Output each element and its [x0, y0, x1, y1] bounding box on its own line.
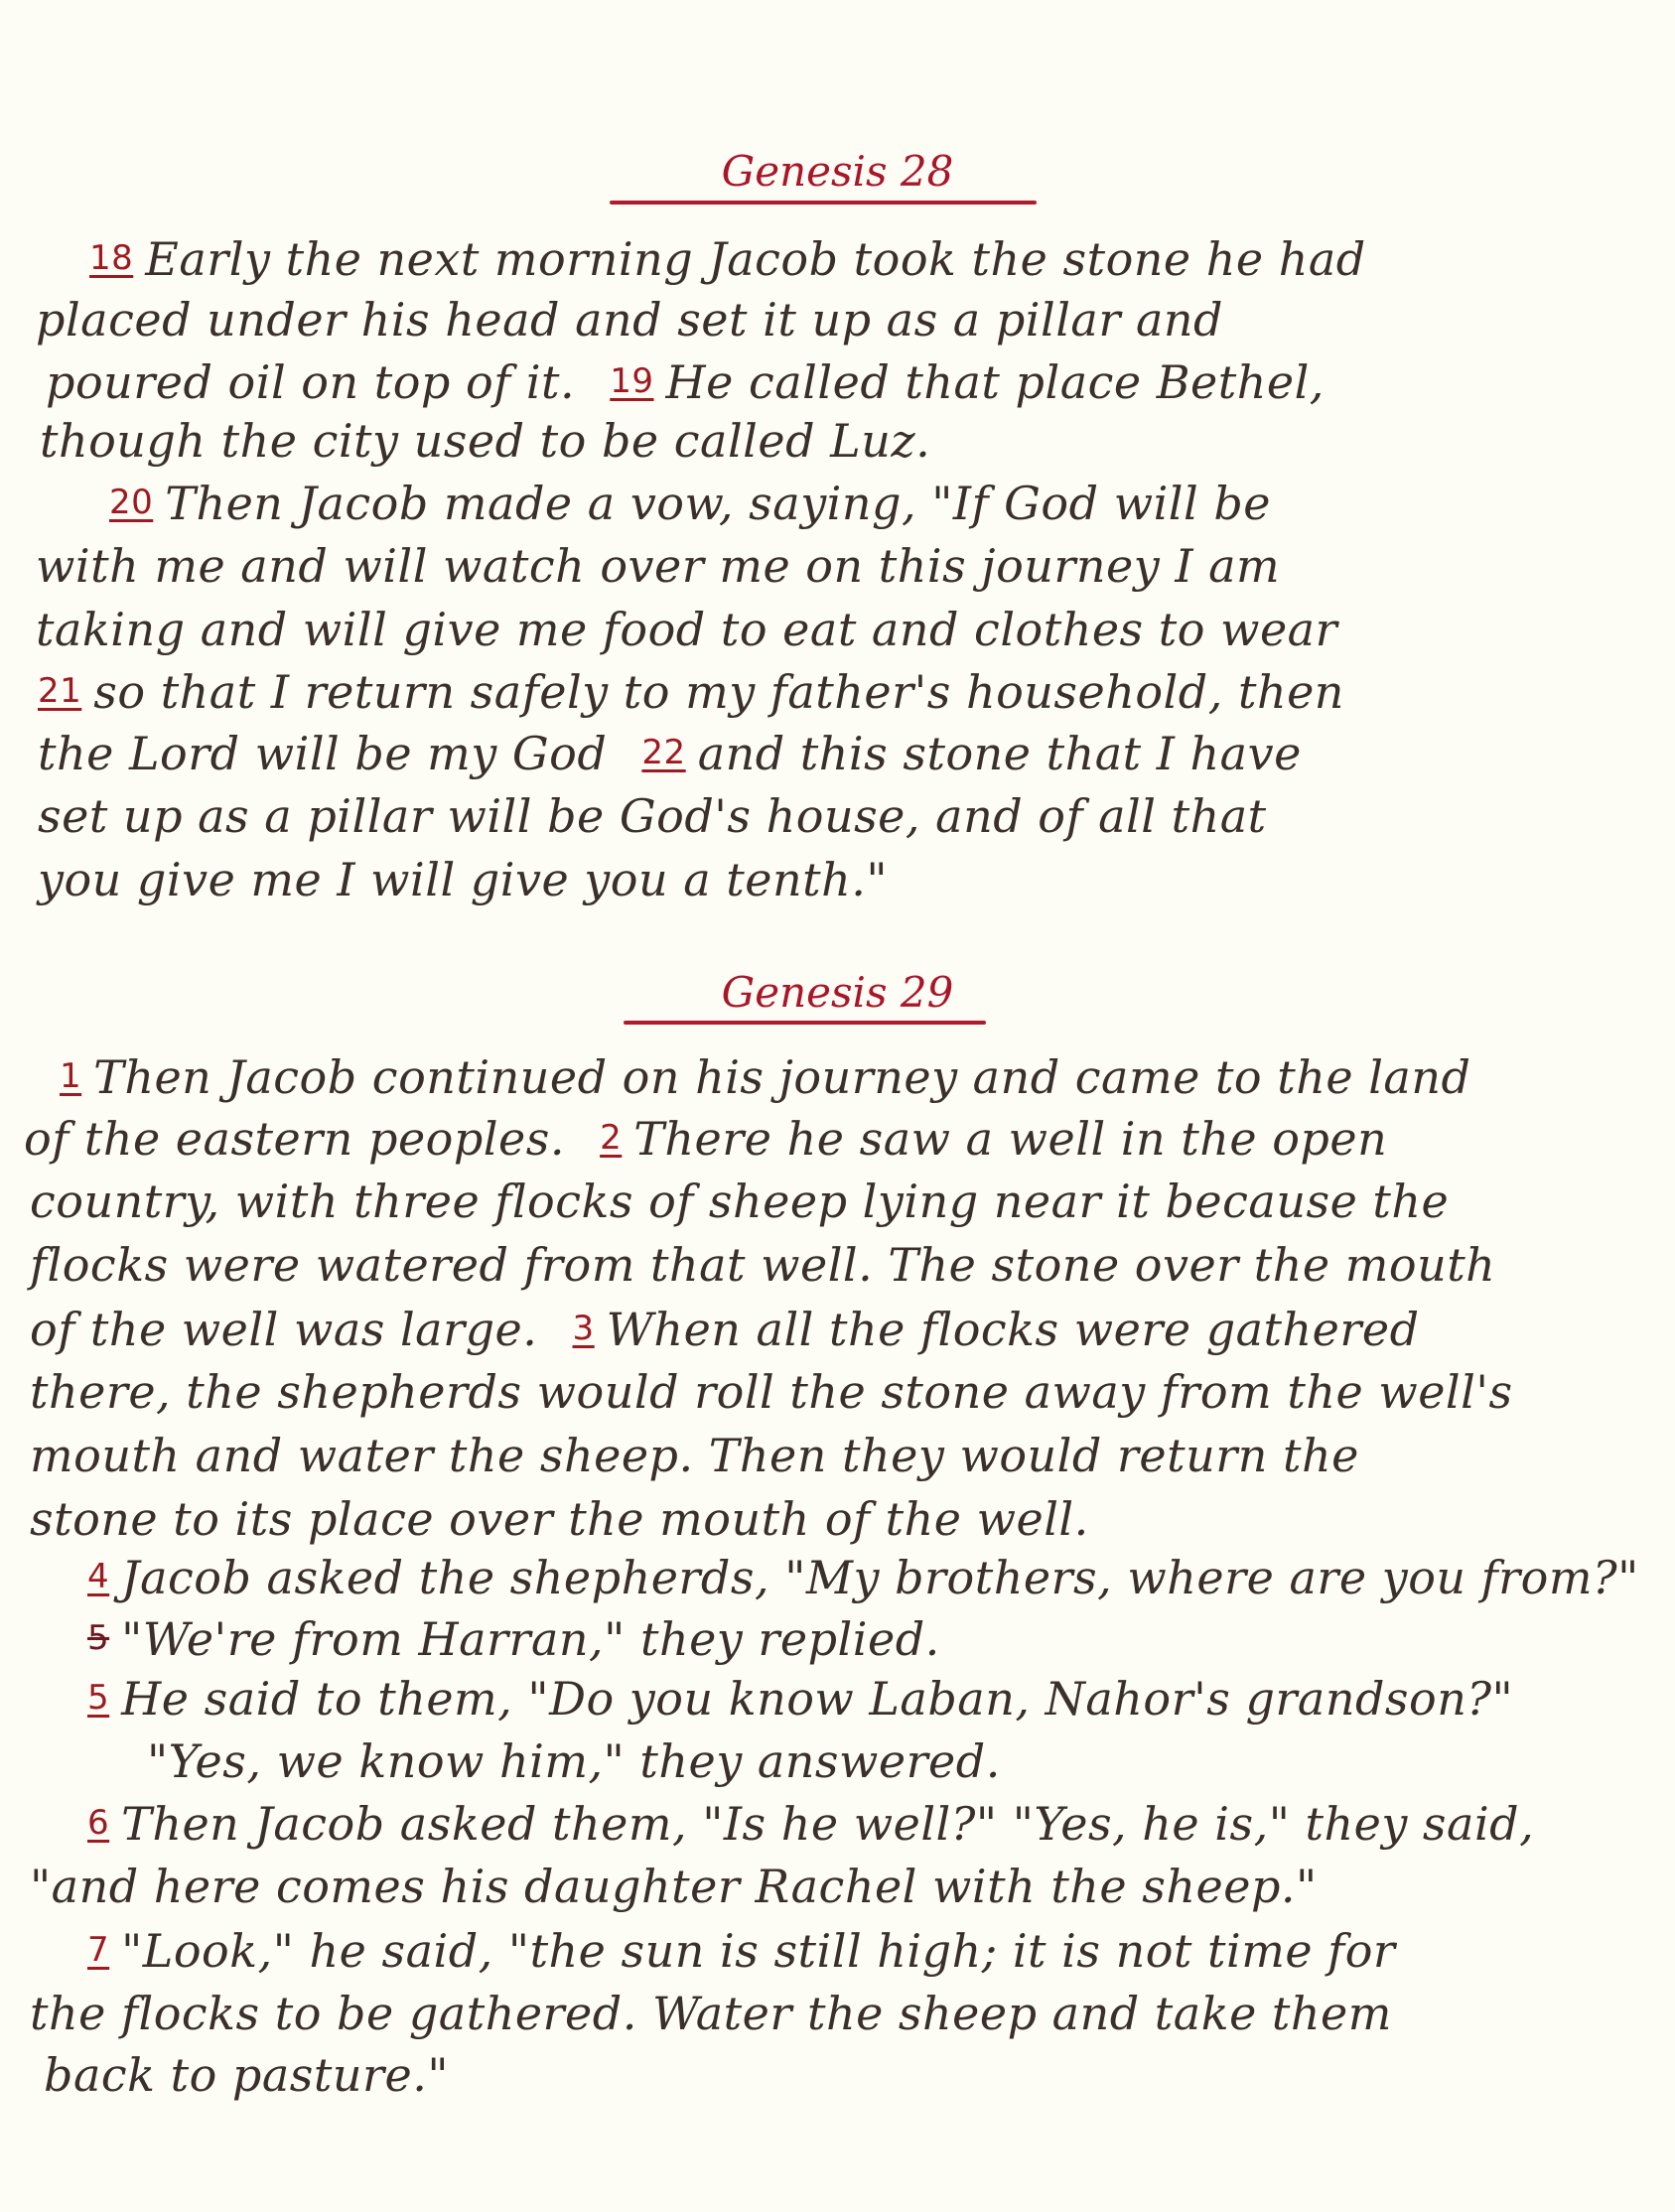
verse-number: 22 [641, 733, 685, 772]
chapter-heading-29: Genesis 29 [0, 968, 1675, 1024]
verse-number: 21 [38, 671, 81, 711]
verse-number: 3 [573, 1309, 595, 1348]
verse-number: 2 [600, 1118, 622, 1158]
chapter-title: Genesis 29 [682, 968, 994, 1024]
verse-text: the Lord will be my God [38, 727, 607, 780]
verse-text: He said to them, "Do you know Laban, Nah… [121, 1672, 1513, 1726]
verse-text: When all the flocks were gathered [607, 1303, 1420, 1356]
verse-text: Then Jacob continued on his journey and … [93, 1050, 1470, 1104]
verse-text: back to pasture." [44, 2048, 449, 2102]
verse-text: there, the shepherds would roll the ston… [30, 1365, 1513, 1419]
chapter-title: Genesis 28 [682, 147, 994, 203]
verse-text: with me and will watch over me on this j… [36, 539, 1280, 593]
verse-text: though the city used to be called Luz. [40, 414, 930, 468]
verse-text: country, with three flocks of sheep lyin… [30, 1175, 1449, 1228]
verse-text: the flocks to be gathered. Water the she… [30, 1987, 1392, 2040]
verse-text: placed under his head and set it up as a… [36, 293, 1223, 346]
handwritten-page: Genesis 28 18Early the next morning Jaco… [0, 0, 1675, 2212]
verse-text: and this stone that I have [698, 727, 1302, 780]
verse-text: There he saw a well in the open [633, 1112, 1387, 1166]
verse-number: 18 [89, 238, 133, 278]
verse-text: "Look," he said, "the sun is still high;… [121, 1924, 1395, 1978]
verse-text: "Yes, we know him," they answered. [147, 1734, 1001, 1788]
verse-text: you give me I will give you a tenth." [38, 853, 888, 906]
verse-number: 6 [87, 1803, 109, 1843]
verse-text: taking and will give me food to eat and … [36, 603, 1337, 656]
verse-text: set up as a pillar will be God's house, … [38, 789, 1267, 843]
verse-text: so that I return safely to my father's h… [93, 665, 1344, 719]
verse-text: Then Jacob asked them, "Is he well?" "Ye… [121, 1797, 1534, 1851]
verse-text: Then Jacob made a vow, saying, "If God w… [165, 477, 1271, 530]
verse-text: mouth and water the sheep. Then they wou… [30, 1429, 1359, 1482]
verse-number: 1 [60, 1056, 81, 1096]
verse-text: Early the next morning Jacob took the st… [145, 232, 1365, 286]
verse-text: Jacob asked the shepherds, "My brothers,… [121, 1551, 1639, 1604]
heading-underline [624, 1021, 986, 1025]
verse-number: 19 [610, 361, 653, 401]
verse-number: 4 [87, 1557, 109, 1596]
text-line: you give me I will give you a tenth." [38, 840, 888, 919]
verse-number: 20 [109, 483, 153, 522]
verse-text: of the eastern peoples. [24, 1112, 565, 1166]
verse-number: 7 [87, 1930, 109, 1970]
verse-text: of the well was large. [30, 1303, 537, 1356]
text-line: back to pasture." [44, 2035, 449, 2115]
heading-underline [610, 201, 1037, 205]
verse-text: "and here comes his daughter Rachel with… [30, 1860, 1318, 1913]
chapter-heading-28: Genesis 28 [0, 147, 1675, 203]
verse-number: 5 [87, 1678, 109, 1718]
verse-text: flocks were watered from that well. The … [30, 1238, 1495, 1292]
struck-verse-number: 5 [87, 1618, 109, 1658]
